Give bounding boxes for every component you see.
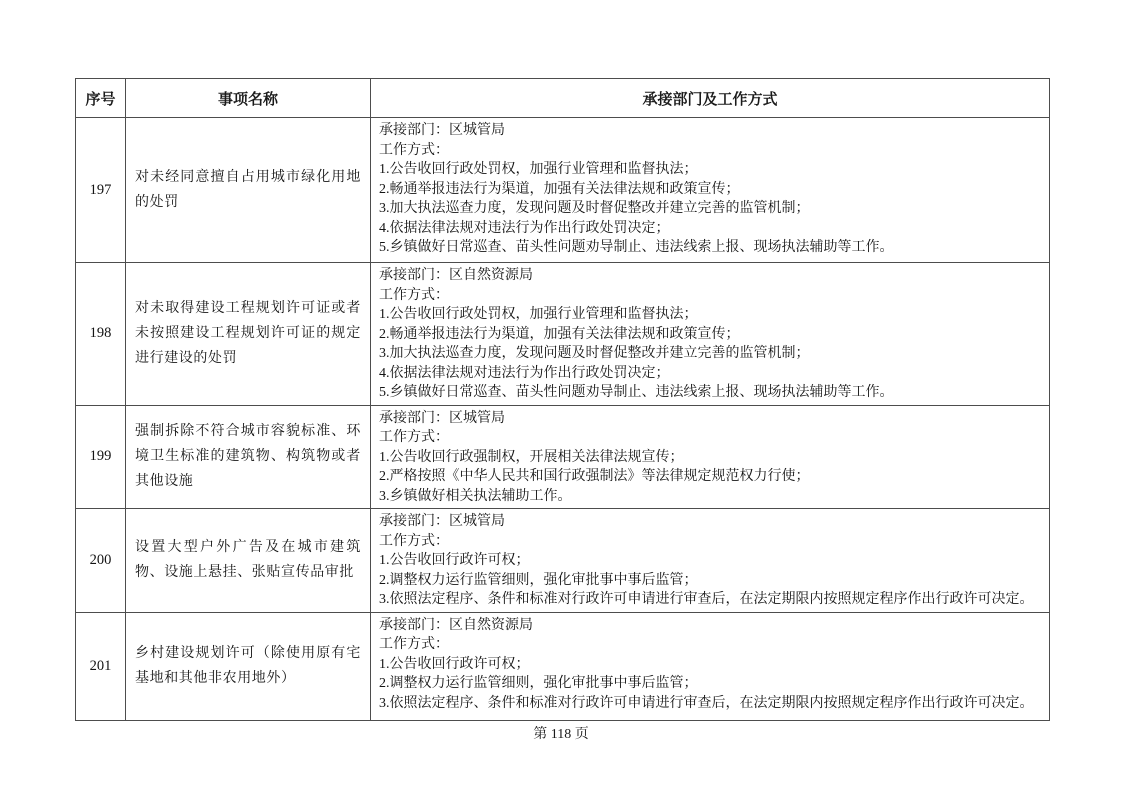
- detail-line: 2.严格按照《中华人民共和国行政强制法》等法律规定规范权力行使；: [379, 467, 1041, 487]
- detail-line: 3.依照法定程序、条件和标准对行政许可申请进行审查后，在法定期限内按照规定程序作…: [379, 694, 1041, 714]
- item-name-cell: 乡村建设规划许可（除使用原有宅基地和其他非农用地外）: [126, 612, 371, 720]
- table-body: 197 对未经同意擅自占用城市绿化用地的处罚 承接部门：区城管局工作方式：1.公…: [76, 118, 1050, 721]
- column-header-item-name: 事项名称: [126, 79, 371, 118]
- item-name-text: 乡村建设规划许可（除使用原有宅基地和其他非农用地外）: [135, 646, 361, 686]
- detail-line: 承接部门：区自然资源局: [379, 266, 1041, 286]
- transfer-items-table: 序号 事项名称 承接部门及工作方式 197 对未经同意擅自占用城市绿化用地的处罚…: [75, 78, 1050, 721]
- serial-cell: 198: [76, 263, 126, 406]
- detail-line: 3.乡镇做好相关执法辅助工作。: [379, 487, 1041, 507]
- detail-line: 1.公告收回行政处罚权，加强行业管理和监督执法；: [379, 305, 1041, 325]
- detail-line: 3.依照法定程序、条件和标准对行政许可申请进行审查后，在法定期限内按照规定程序作…: [379, 590, 1041, 610]
- table-header-row: 序号 事项名称 承接部门及工作方式: [76, 79, 1050, 118]
- column-header-serial: 序号: [76, 79, 126, 118]
- table-row: 200 设置大型户外广告及在城市建筑物、设施上悬挂、张贴宣传品审批 承接部门：区…: [76, 509, 1050, 613]
- serial-cell: 200: [76, 509, 126, 613]
- detail-line: 1.公告收回行政许可权；: [379, 551, 1041, 571]
- detail-line: 2.调整权力运行监管细则，强化审批事中事后监管；: [379, 674, 1041, 694]
- item-name-text: 强制拆除不符合城市容貌标准、环境卫生标准的建筑物、构筑物或者其他设施: [135, 424, 361, 489]
- table-row: 198 对未取得建设工程规划许可证或者未按照建设工程规划许可证的规定进行建设的处…: [76, 263, 1050, 406]
- detail-cell: 承接部门：区城管局工作方式：1.公告收回行政处罚权，加强行业管理和监督执法；2.…: [371, 118, 1050, 263]
- detail-line: 承接部门：区城管局: [379, 121, 1041, 141]
- page-number-footer: 第 118 页: [0, 723, 1122, 743]
- detail-line: 5.乡镇做好日常巡查、苗头性问题劝导制止、违法线索上报、现场执法辅助等工作。: [379, 238, 1041, 258]
- item-name-cell: 对未经同意擅自占用城市绿化用地的处罚: [126, 118, 371, 263]
- serial-cell: 197: [76, 118, 126, 263]
- detail-cell: 承接部门：区城管局工作方式：1.公告收回行政许可权；2.调整权力运行监管细则，强…: [371, 509, 1050, 613]
- table-row: 197 对未经同意擅自占用城市绿化用地的处罚 承接部门：区城管局工作方式：1.公…: [76, 118, 1050, 263]
- detail-line: 4.依据法律法规对违法行为作出行政处罚决定；: [379, 219, 1041, 239]
- detail-cell: 承接部门：区自然资源局工作方式：1.公告收回行政处罚权，加强行业管理和监督执法；…: [371, 263, 1050, 406]
- item-name-text: 对未经同意擅自占用城市绿化用地的处罚: [135, 170, 361, 210]
- document-page: 序号 事项名称 承接部门及工作方式 197 对未经同意擅自占用城市绿化用地的处罚…: [0, 0, 1122, 793]
- detail-line: 工作方式：: [379, 635, 1041, 655]
- detail-cell: 承接部门：区自然资源局工作方式：1.公告收回行政许可权；2.调整权力运行监管细则…: [371, 612, 1050, 720]
- detail-line: 工作方式：: [379, 428, 1041, 448]
- detail-line: 4.依据法律法规对违法行为作出行政处罚决定；: [379, 364, 1041, 384]
- detail-line: 承接部门：区城管局: [379, 512, 1041, 532]
- item-name-cell: 强制拆除不符合城市容貌标准、环境卫生标准的建筑物、构筑物或者其他设施: [126, 405, 371, 509]
- detail-line: 1.公告收回行政强制权，开展相关法律法规宣传；: [379, 448, 1041, 468]
- table-row: 199 强制拆除不符合城市容貌标准、环境卫生标准的建筑物、构筑物或者其他设施 承…: [76, 405, 1050, 509]
- item-name-text: 对未取得建设工程规划许可证或者未按照建设工程规划许可证的规定进行建设的处罚: [135, 301, 361, 366]
- detail-line: 工作方式：: [379, 532, 1041, 552]
- detail-line: 3.加大执法巡查力度，发现问题及时督促整改并建立完善的监管机制；: [379, 344, 1041, 364]
- detail-line: 2.畅通举报违法行为渠道，加强有关法律法规和政策宣传；: [379, 325, 1041, 345]
- serial-cell: 199: [76, 405, 126, 509]
- detail-line: 2.调整权力运行监管细则，强化审批事中事后监管；: [379, 571, 1041, 591]
- table-row: 201 乡村建设规划许可（除使用原有宅基地和其他非农用地外） 承接部门：区自然资…: [76, 612, 1050, 720]
- detail-cell: 承接部门：区城管局工作方式：1.公告收回行政强制权，开展相关法律法规宣传；2.严…: [371, 405, 1050, 509]
- detail-line: 工作方式：: [379, 286, 1041, 306]
- detail-line: 工作方式：: [379, 141, 1041, 161]
- item-name-cell: 对未取得建设工程规划许可证或者未按照建设工程规划许可证的规定进行建设的处罚: [126, 263, 371, 406]
- serial-cell: 201: [76, 612, 126, 720]
- detail-line: 承接部门：区城管局: [379, 409, 1041, 429]
- detail-line: 5.乡镇做好日常巡查、苗头性问题劝导制止、违法线索上报、现场执法辅助等工作。: [379, 383, 1041, 403]
- column-header-department-method: 承接部门及工作方式: [371, 79, 1050, 118]
- detail-line: 1.公告收回行政处罚权，加强行业管理和监督执法；: [379, 160, 1041, 180]
- detail-line: 1.公告收回行政许可权；: [379, 655, 1041, 675]
- detail-line: 2.畅通举报违法行为渠道，加强有关法律法规和政策宣传；: [379, 180, 1041, 200]
- detail-line: 3.加大执法巡查力度，发现问题及时督促整改并建立完善的监管机制；: [379, 199, 1041, 219]
- item-name-cell: 设置大型户外广告及在城市建筑物、设施上悬挂、张贴宣传品审批: [126, 509, 371, 613]
- detail-line: 承接部门：区自然资源局: [379, 616, 1041, 636]
- item-name-text: 设置大型户外广告及在城市建筑物、设施上悬挂、张贴宣传品审批: [135, 540, 361, 580]
